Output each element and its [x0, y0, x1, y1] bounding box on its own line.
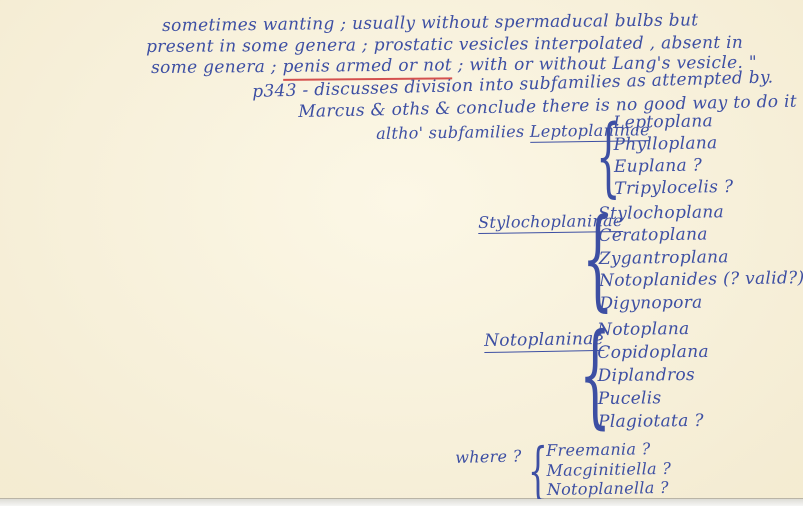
genus-item: Copidoplana — [597, 341, 709, 365]
genus-item: Ceratoplana — [598, 223, 803, 248]
quote-line-1: sometimes wanting ; usually without sper… — [162, 10, 698, 36]
index-card: sometimes wanting ; usually without sper… — [0, 0, 803, 499]
genus-item: Notoplanella ? — [547, 478, 672, 500]
genus-item: Stylochoplana — [598, 200, 803, 225]
genus-item: Digynopora — [599, 290, 803, 315]
group-label-where: where ? — [455, 446, 522, 467]
genus-item: Freemania ? — [546, 439, 671, 461]
scanner-background-strip — [0, 499, 803, 506]
genus-item: Zygantroplana — [599, 245, 803, 270]
genus-item: Euplana ? — [614, 154, 733, 178]
brace-where: { — [528, 440, 548, 502]
genus-item: Macginitiella ? — [546, 458, 671, 480]
subfamily-line-prefix: altho' subfamilies — [376, 122, 530, 143]
genus-item: Diplandros — [597, 364, 709, 388]
genus-item: Pucelis — [598, 387, 710, 411]
quote-line-3-pre: some genera ; — [151, 57, 283, 78]
index-card-scan: sometimes wanting ; usually without sper… — [0, 0, 803, 506]
genus-list-stylochoplaninae: Stylochoplana Ceratoplana Zygantroplana … — [598, 200, 803, 315]
genus-item: Phylloplana — [613, 132, 732, 156]
genus-list-leptoplaninae: Leptoplana Phylloplana Euplana ? Tripylo… — [613, 110, 733, 200]
genus-list-where: Freemania ? Macginitiella ? Notoplanella… — [546, 439, 672, 500]
genus-item: Tripylocelis ? — [614, 176, 733, 200]
genus-item: Notoplanides (? valid?) — [599, 267, 803, 292]
genus-item: Notoplana — [597, 318, 709, 342]
genus-list-notoplaninae: Notoplana Copidoplana Diplandros Pucelis… — [597, 318, 710, 434]
genus-item: Plagiotata ? — [598, 410, 710, 434]
genus-item: Leptoplana — [613, 110, 732, 134]
